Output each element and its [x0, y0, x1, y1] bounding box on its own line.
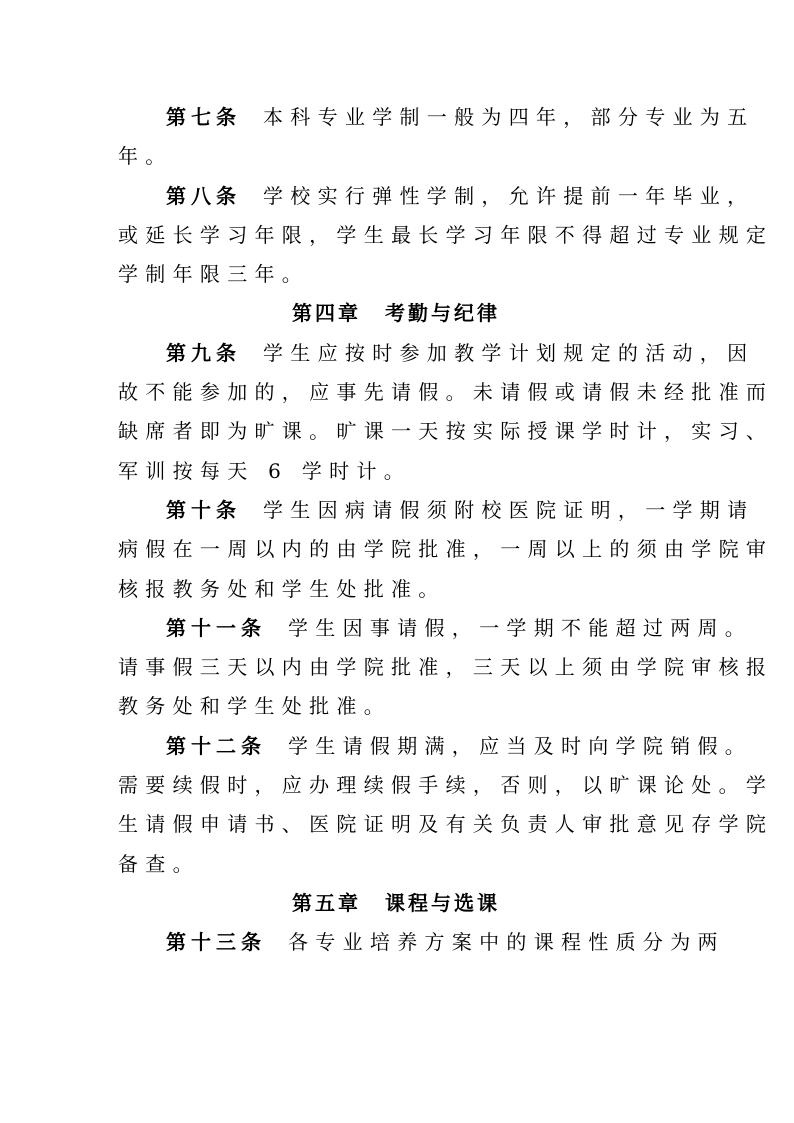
article-text: 缺席者即为旷课。旷课一天按实际授课学时计，实习、	[118, 412, 674, 451]
article-11: 第十一条学生因事请假，一学期不能超过两周。 请事假三天以内由学院批准，三天以上须…	[118, 609, 674, 727]
article-text: 病假在一周以内的由学院批准，一周以上的须由学院审	[118, 530, 674, 569]
article-text: 备查。	[118, 845, 674, 884]
article-text: 核报教务处和学生处批准。	[118, 570, 674, 609]
article-9: 第九条学生应按时参加教学计划规定的活动，因 故不能参加的，应事先请假。未请假或请…	[118, 334, 674, 491]
article-label: 第十条	[166, 498, 241, 522]
article-text: 军训按每天 6 学时计。	[118, 452, 674, 491]
article-text: 需要续假时，应办理续假手续，否则，以旷课论处。学	[118, 766, 674, 805]
article-7: 第七条本科专业学制一般为四年，部分专业为五 年。	[118, 98, 674, 177]
article-label: 第十二条	[166, 734, 266, 758]
chapter-label: 第五章	[292, 891, 361, 915]
article-text: 学校实行弹性学制，允许提前一年毕业，	[263, 184, 754, 208]
article-10: 第十条学生因病请假须附校医院证明，一学期请 病假在一周以内的由学院批准，一周以上…	[118, 491, 674, 609]
article-label: 第十三条	[166, 930, 266, 954]
article-12: 第十二条学生请假期满，应当及时向学院销假。 需要续假时，应办理续假手续，否则，以…	[118, 727, 674, 884]
chapter-label: 第四章	[292, 301, 361, 325]
article-text: 故不能参加的，应事先请假。未请假或请假未经批准而	[118, 373, 674, 412]
article-13: 第十三条各专业培养方案中的课程性质分为两	[118, 923, 674, 962]
article-text: 年。	[118, 137, 674, 176]
chapter-heading-5: 第五章课程与选课	[118, 884, 674, 923]
article-text: 本科专业学制一般为四年，部分专业为五	[263, 105, 754, 129]
article-label: 第九条	[166, 341, 241, 365]
article-label: 第十一条	[166, 616, 266, 640]
article-text: 学生应按时参加教学计划规定的活动，因	[263, 341, 754, 365]
article-label: 第七条	[166, 105, 241, 129]
article-8: 第八条学校实行弹性学制，允许提前一年毕业， 或延长学习年限，学生最长学习年限不得…	[118, 177, 674, 295]
chapter-title: 课程与选课	[385, 891, 500, 915]
article-text: 或延长学习年限，学生最长学习年限不得超过专业规定	[118, 216, 674, 255]
chapter-heading-4: 第四章考勤与纪律	[118, 294, 674, 333]
article-text: 学生因病请假须附校医院证明，一学期请	[263, 498, 754, 522]
article-text: 教务处和学生处批准。	[118, 687, 674, 726]
article-text: 请事假三天以内由学院批准，三天以上须由学院审核报	[118, 648, 674, 687]
article-label: 第八条	[166, 184, 241, 208]
article-text: 生请假申请书、医院证明及有关负责人审批意见存学院	[118, 805, 674, 844]
document-page: 第七条本科专业学制一般为四年，部分专业为五 年。 第八条学校实行弹性学制，允许提…	[118, 98, 674, 963]
article-text: 学生因事请假，一学期不能超过两周。	[288, 616, 752, 640]
article-text: 学生请假期满，应当及时向学院销假。	[288, 734, 752, 758]
chapter-title: 考勤与纪律	[385, 301, 500, 325]
article-text: 学制年限三年。	[118, 255, 674, 294]
article-text: 各专业培养方案中的课程性质分为两	[288, 930, 725, 954]
